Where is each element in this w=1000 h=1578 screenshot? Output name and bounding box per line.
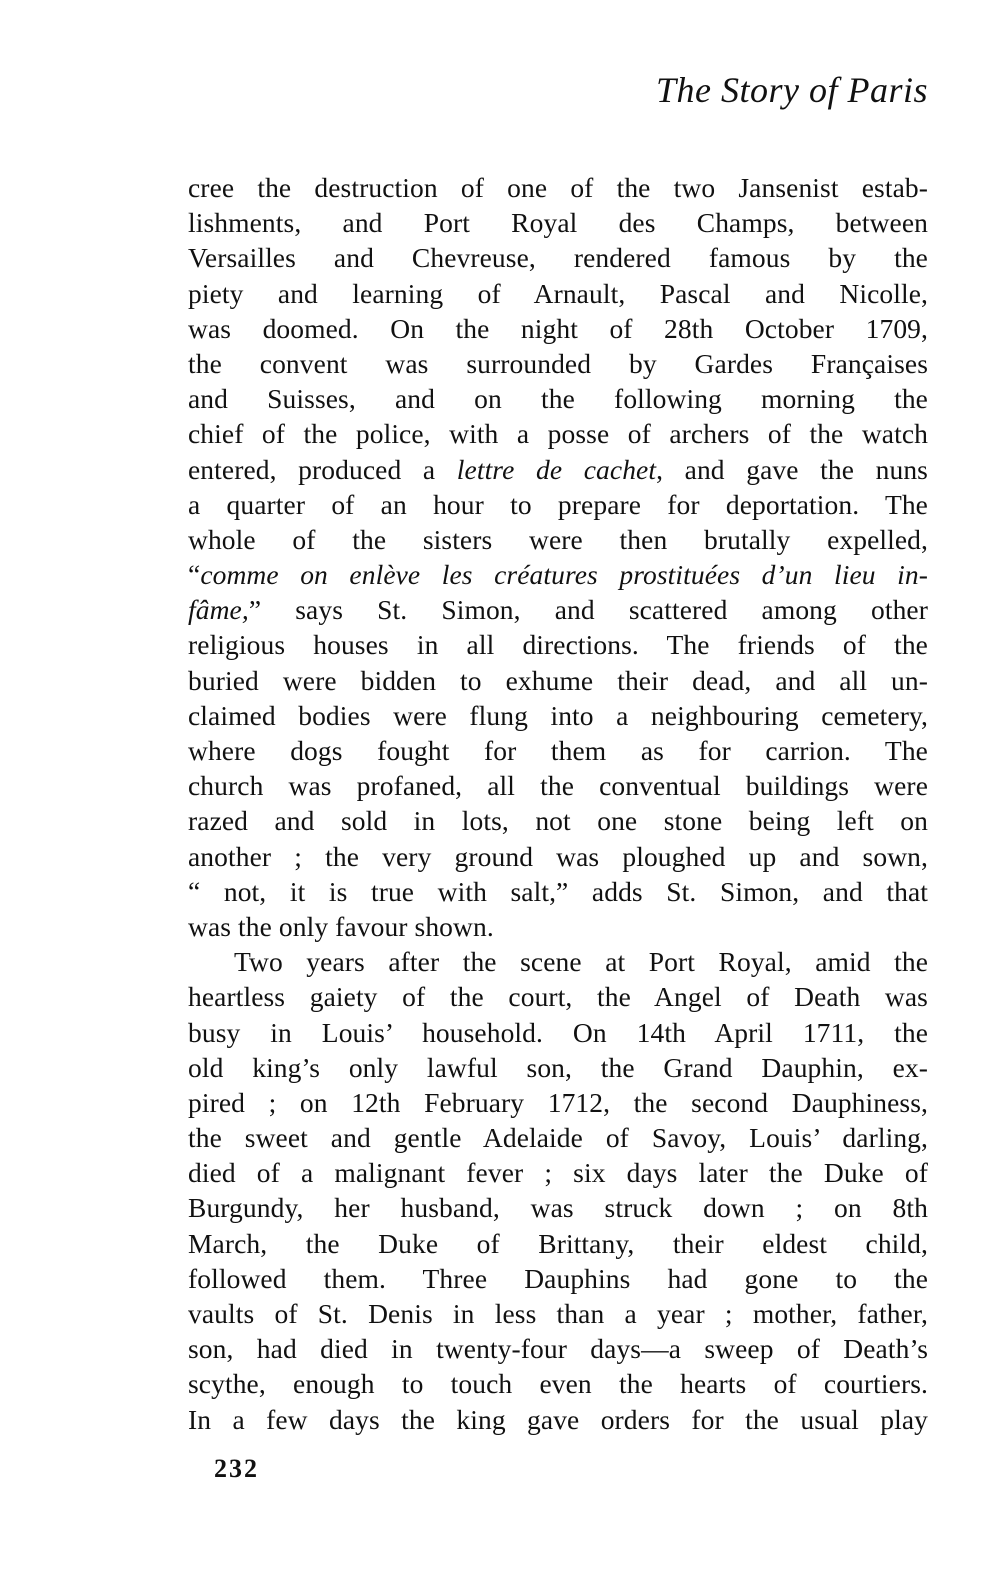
text-line: piety and learning of Arnault, Pascal an… [188,276,928,311]
text-run: “ [188,559,200,590]
text-line: son, had died in twenty-four days—a swee… [188,1331,928,1366]
text-line: died of a malignant fever ; six days lat… [188,1155,928,1190]
text-line: vaults of St. Denis in less than a year … [188,1296,928,1331]
text-line: Burgundy, her husband, was struck down ;… [188,1190,928,1225]
text-line: church was profaned, all the conventual … [188,768,928,803]
text-line: the sweet and gentle Adelaide of Savoy, … [188,1120,928,1155]
text-run: entered, produced a [188,454,457,485]
page-number: 232 [214,1454,259,1484]
text-line: another ; the very ground was ploughed u… [188,839,928,874]
text-line: where dogs fought for them as for carrio… [188,733,928,768]
text-run: , and gave the nuns [656,454,928,485]
text-line: fâme,” says St. Simon, and scattered amo… [188,592,928,627]
text-line: busy in Louis’ household. On 14th April … [188,1015,928,1050]
text-line: lishments, and Port Royal des Champs, be… [188,205,928,240]
text-line: claimed bodies were flung into a neighbo… [188,698,928,733]
paragraph-end-line: was the only favour shown. [188,909,928,944]
text-line: chief of the police, with a posse of arc… [188,416,928,451]
text-line: In a few days the king gave orders for t… [188,1402,928,1437]
text-line: “comme on enlève les créatures prostitué… [188,557,928,592]
italic-phrase: lettre de cachet [457,454,656,485]
text-line: the convent was surrounded by Gardes Fra… [188,346,928,381]
text-line: a quarter of an hour to prepare for depo… [188,487,928,522]
italic-quotation: comme on enlève les créatures prostituée… [200,559,928,590]
page-body-text: cree the destruction of one of the two J… [188,170,928,1437]
text-line: old king’s only lawful son, the Grand Da… [188,1050,928,1085]
text-line: “ not, it is true with salt,” adds St. S… [188,874,928,909]
text-line: March, the Duke of Brittany, their eldes… [188,1226,928,1261]
text-run: ” says St. Simon, and scattered among ot… [249,594,928,625]
italic-quotation: fâme, [188,594,249,625]
text-line: and Suisses, and on the following mornin… [188,381,928,416]
text-line: Versailles and Chevreuse, rendered famou… [188,240,928,275]
text-line: cree the destruction of one of the two J… [188,170,928,205]
text-line: razed and sold in lots, not one stone be… [188,803,928,838]
text-line: was doomed. On the night of 28th October… [188,311,928,346]
text-line: religious houses in all directions. The … [188,627,928,662]
text-line: pired ; on 12th February 1712, the secon… [188,1085,928,1120]
running-header-title: The Story of Paris [656,72,928,108]
text-line: buried were bidden to exhume their dead,… [188,663,928,698]
text-line: followed them. Three Dauphins had gone t… [188,1261,928,1296]
text-line: heartless gaiety of the court, the Angel… [188,979,928,1014]
text-line: scythe, enough to touch even the hearts … [188,1366,928,1401]
paragraph-start-line: Two years after the scene at Port Royal,… [188,944,928,979]
text-line: whole of the sisters were then brutally … [188,522,928,557]
text-line: entered, produced a lettre de cachet, an… [188,452,928,487]
